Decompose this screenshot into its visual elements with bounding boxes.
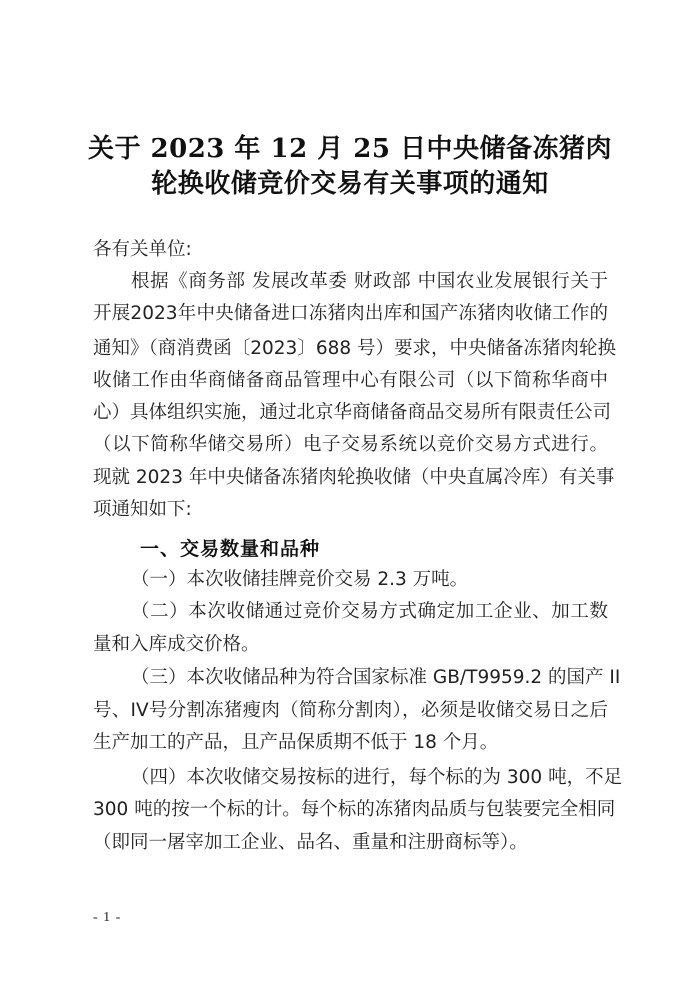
item-3-line-2: 号、IV号分割冻猪瘦肉（简称分割肉），必须是收储交易日之后: [93, 696, 608, 726]
document-title-line-2: 轮换收储竞价交易有关事项的通知: [0, 169, 700, 199]
intro-line-2: 开展2023年中央储备进口冻猪肉出库和国产冻猪肉收储工作的: [93, 299, 608, 329]
intro-line-5: 心）具体组织实施，通过北京华商储备商品交易所有限责任公司: [93, 398, 608, 428]
intro-line-1: 根据《商务部 发展改革委 财政部 中国农业发展银行关于: [131, 267, 608, 297]
document-page: 关于 2023 年 12 月 25 日中央储备冻猪肉 轮换收储竞价交易有关事项的…: [0, 0, 700, 989]
salutation: 各有关单位:: [93, 235, 608, 265]
intro-line-6: （以下简称华储交易所）电子交易系统以竞价交易方式进行。: [93, 430, 608, 460]
item-1-line-1: （一）本次收储挂牌竞价交易 2.3 万吨。: [131, 565, 608, 595]
item-2-line-2: 量和入库成交价格。: [93, 630, 608, 660]
document-title-line-1: 关于 2023 年 12 月 25 日中央储备冻猪肉: [0, 134, 700, 164]
item-4-line-2: 300 吨的按一个标的计。每个标的冻猪肉品质与包装要完全相同: [93, 795, 608, 825]
intro-line-4: 收储工作由华商储备商品管理中心有限公司（以下简称华商中: [93, 366, 608, 396]
page-number: - 1 -: [93, 910, 121, 926]
intro-line-3: 通知》（商消费函〔2023〕688 号）要求，中央储备冻猪肉轮换: [93, 334, 608, 364]
item-4-line-1: （四）本次收储交易按标的进行，每个标的为 300 吨，不足: [131, 763, 608, 793]
item-2-line-1: （二）本次收储通过竞价交易方式确定加工企业、加工数: [131, 597, 608, 627]
item-3-line-3: 生产加工的产品，且产品保质期不低于 18 个月。: [93, 728, 608, 758]
intro-line-7: 现就 2023 年中央储备冻猪肉轮换收储（中央直属冷库）有关事: [93, 463, 608, 493]
item-3-line-1: （三）本次收储品种为符合国家标准 GB/T9959.2 的国产 II: [131, 663, 608, 693]
item-4-line-3: （即同一屠宰加工企业、品名、重量和注册商标等）。: [93, 828, 608, 858]
intro-line-8: 项通知如下:: [93, 495, 608, 525]
section-heading-1: 一、交易数量和品种: [140, 534, 320, 564]
